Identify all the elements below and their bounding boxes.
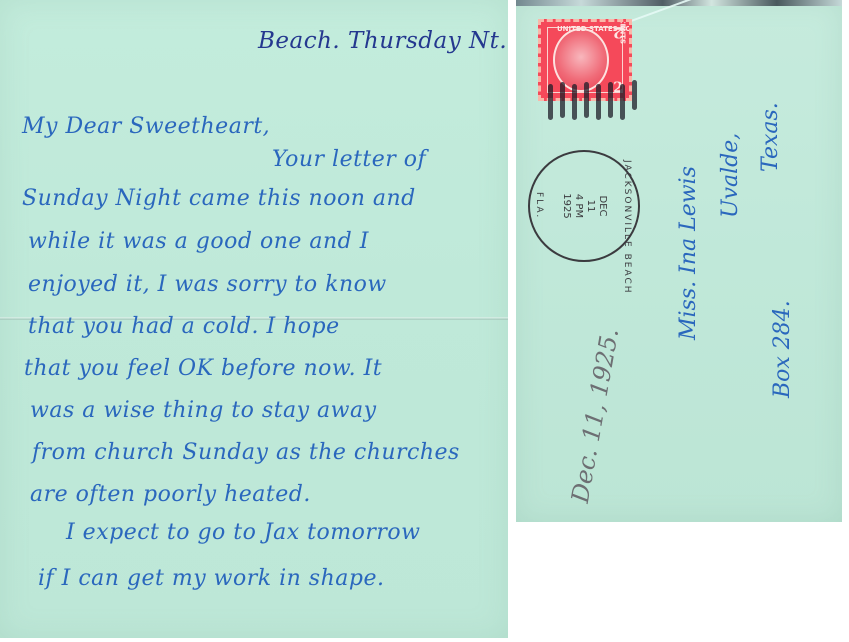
postmark-year: 1925 (560, 152, 572, 260)
letter-page: Beach. Thursday Nt. My Dear Sweetheart, … (0, 0, 508, 638)
letter-line: from church Sunday as the churches (32, 440, 460, 465)
letter-line: while it was a good one and I (28, 229, 369, 254)
address-state: Texas. (758, 102, 783, 172)
letter-line: I expect to go to Jax tomorrow (66, 520, 421, 545)
letter-line: was a wise thing to stay away (30, 398, 377, 423)
postmark: JACKSONVILLE BEACH DEC 11 4 PM 1925 FLA. (528, 150, 640, 262)
letter-line: that you feel OK before now. It (24, 356, 382, 381)
letter-line: if I can get my work in shape. (38, 566, 384, 591)
postmark-date: DEC 11 4 PM 1925 (560, 152, 608, 260)
postmark-town: JACKSONVILLE BEACH (622, 160, 632, 295)
postmark-day: 11 (584, 152, 596, 260)
letter-line: Your letter of (272, 147, 426, 172)
address-box: Box 284. (770, 300, 795, 398)
address-city: Uvalde, (718, 133, 743, 218)
postmark-state: FLA. (534, 192, 544, 219)
postmark-month: DEC (596, 152, 608, 260)
stamp-denomination: 2 (613, 24, 623, 40)
cancellation-bars (548, 80, 648, 120)
letter-line: Sunday Night came this noon and (22, 186, 416, 211)
address-name: Miss. Ina Lewis (676, 166, 701, 340)
letter-line: are often poorly heated. (30, 482, 311, 507)
letter-line: enjoyed it, I was sorry to know (28, 272, 387, 297)
letter-header: Beach. Thursday Nt. (258, 28, 507, 54)
postmark-time: 4 PM (572, 152, 584, 260)
letter-salutation: My Dear Sweetheart, (22, 114, 270, 139)
letter-line: that you had a cold. I hope (28, 314, 340, 339)
